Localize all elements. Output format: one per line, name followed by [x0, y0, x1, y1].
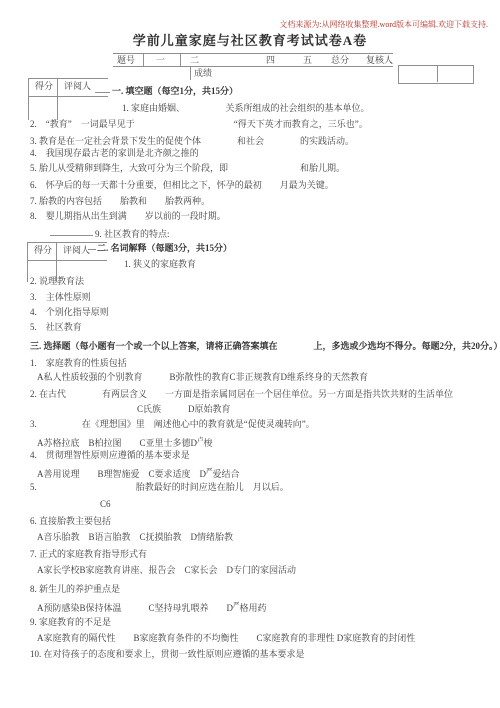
heading-connector-line	[95, 92, 110, 93]
choice-question: 4. 贯彻理智性原则应遵循的基本要求是	[30, 450, 190, 461]
grade-table-row-border	[113, 66, 393, 67]
reviewer-signature-box	[398, 65, 474, 84]
choice-options-text: 梭	[204, 438, 213, 448]
choice-options: A家庭教育的隔代性 B家庭教育条件的不均衡性 C家庭教育的非理性 D家庭教育的封…	[37, 633, 415, 644]
score-box-border	[27, 242, 107, 243]
grade-table-divider	[180, 54, 181, 66]
definition-question: 4. 个别化指导原则	[30, 307, 109, 318]
section1-heading: 一. 填空题（每空1分，共15分）	[112, 86, 238, 97]
grade-table-header-cell: 二	[190, 55, 199, 66]
score-box-score-label: 得分	[35, 81, 53, 92]
score-box-score-label: 得分	[34, 245, 52, 256]
choice-answer: C6	[100, 499, 111, 510]
choice-options-text: A善用说理 B理智施爱 C要求适度 D	[37, 469, 206, 479]
choice-question: 1. 家庭教育的性质包括	[30, 358, 127, 369]
choice-options: A家长学校B家庭教育讲座、报告会 C家长会 D专门的家园活动	[37, 565, 296, 576]
choice-options: A善用说理 B理智施爱 C要求适度 D严爱结合	[37, 466, 240, 480]
heading-connector-line	[88, 249, 96, 250]
fill-in-question: 5. 胎儿从受精卵到降生，大致可分为三个阶段，即 和胎儿期。	[30, 163, 345, 174]
fill-in-question: 3. 教育是在一定社会背景下发生的促使个体 和社会 的实践活动。	[30, 136, 354, 147]
fill-in-question: 8. 婴儿期指从出生到满 岁以前的一段时期。	[30, 211, 226, 222]
choice-options: A预防感染B保持体温 C坚持母乳喂养 D严格用药	[37, 600, 267, 614]
choice-options-text: A苏格拉底 B柏拉图 C亚里士多德D	[37, 438, 197, 448]
choice-options-text: A预防感染B保持体温 C坚持母乳喂养 D	[37, 603, 233, 613]
grade-table-score-label: 成绩	[194, 68, 212, 79]
page-title: 学前儿童家庭与社区教育考试试卷A卷	[0, 35, 500, 46]
fill-in-question: 7. 胎教的内容包括 胎教和 胎教两种。	[30, 196, 210, 207]
grade-table-divider	[143, 54, 144, 66]
choice-question: 5. 胎教最好的时间应选在胎儿 月以后。	[30, 482, 289, 493]
fill-in-question: 9. 社区教育的特点:	[95, 229, 170, 240]
exam-paper-page: 文档来源为:从网络收集整理.word版本可编辑.欢迎下载支持. 学前儿童家庭与社…	[0, 0, 500, 708]
choice-question: 7. 正式的家庭教育指导形式有	[30, 549, 147, 560]
score-box-border	[27, 260, 107, 261]
definition-question: 1. 狭义的家庭教育	[124, 259, 196, 270]
choice-question: 8. 新生儿的养护重点是	[30, 584, 120, 595]
grade-table-top-border	[113, 53, 393, 54]
score-box-divider	[57, 78, 58, 120]
choice-question: 6. 直接胎教主要包括	[30, 516, 111, 527]
heading-connector-line	[50, 235, 93, 236]
choice-options: A私人性质较强的个别教育 B弥散性的教育C非正规教育D维系终身的天然教育	[37, 372, 368, 383]
choice-question: 9. 家庭教育的不足是	[30, 617, 111, 628]
definition-question: 5. 社区教育	[30, 322, 82, 333]
source-watermark: 文档来源为:从网络收集整理.word版本可编辑.欢迎下载支持.	[279, 19, 488, 30]
fill-in-question: 6. 怀孕后的每一天都十分重要，但相比之下，怀孕的最初 月最为关键。	[30, 180, 334, 191]
section2-heading: 二. 名词解释（每题3分，共15分）	[97, 243, 232, 254]
grade-table-header-cell: 题号	[117, 55, 135, 66]
definition-question: 3. 主体性原则	[30, 292, 91, 303]
choice-options-text: 格用药	[240, 603, 267, 613]
grade-table-header-cell: 总分	[331, 55, 349, 66]
choice-question: 3. 在《理想国》里 阐述他心中的教育就是“促使灵魂转向”。	[30, 419, 315, 430]
choice-question: 10. 在对待孩子的态度和要求上，贯彻一致性原则应遵循的基本要求是	[30, 649, 305, 660]
fill-in-question: 4. 我国现存最古老的家训是北齐颜之推的	[30, 148, 199, 159]
grade-table-header-cell: 五	[303, 55, 312, 66]
grade-table-header-cell: 一	[156, 55, 165, 66]
grade-table-header-cell: 四	[266, 55, 275, 66]
grade-table-divider	[190, 67, 191, 80]
choice-question: 2. 在古代 有两层含义 一方面是指亲属同居在一个居住单位。另一方面是指共饮共财…	[30, 389, 453, 400]
score-box-border	[27, 242, 28, 282]
fill-in-question: 1. 家庭由婚姻、 关系所组成的社会组织的基本单位。	[122, 103, 370, 114]
choice-options: C氏族 D原始教育	[137, 404, 231, 415]
choice-options: A音乐胎教 B语言胎教 C抚摸胎教 D情绪胎教	[37, 532, 233, 543]
score-box-border	[28, 78, 29, 120]
fill-in-question: 2. “教育” 一词最早见于 “得天下英才而教育之，三乐也”。	[30, 119, 368, 130]
choice-options: A苏格拉底 B柏拉图 C亚里士多德D卢梭	[37, 435, 213, 449]
section3-heading: 三. 选择题（每小题有一个或一个以上答案，请将正确答案填在 上，多选或少选均不得…	[30, 341, 500, 352]
score-box-border	[28, 96, 108, 97]
reviewer-signature-box-divider	[437, 66, 438, 82]
choice-options-text: 爱结合	[213, 469, 240, 479]
score-box-reviewer-label: 评阅人	[63, 245, 90, 256]
definition-question: 2. 说理教育法	[30, 276, 84, 287]
score-box-reviewer-label: 评阅人	[64, 81, 91, 92]
grade-table-header-cell: 复核人	[366, 55, 393, 66]
score-box-border	[28, 78, 108, 79]
